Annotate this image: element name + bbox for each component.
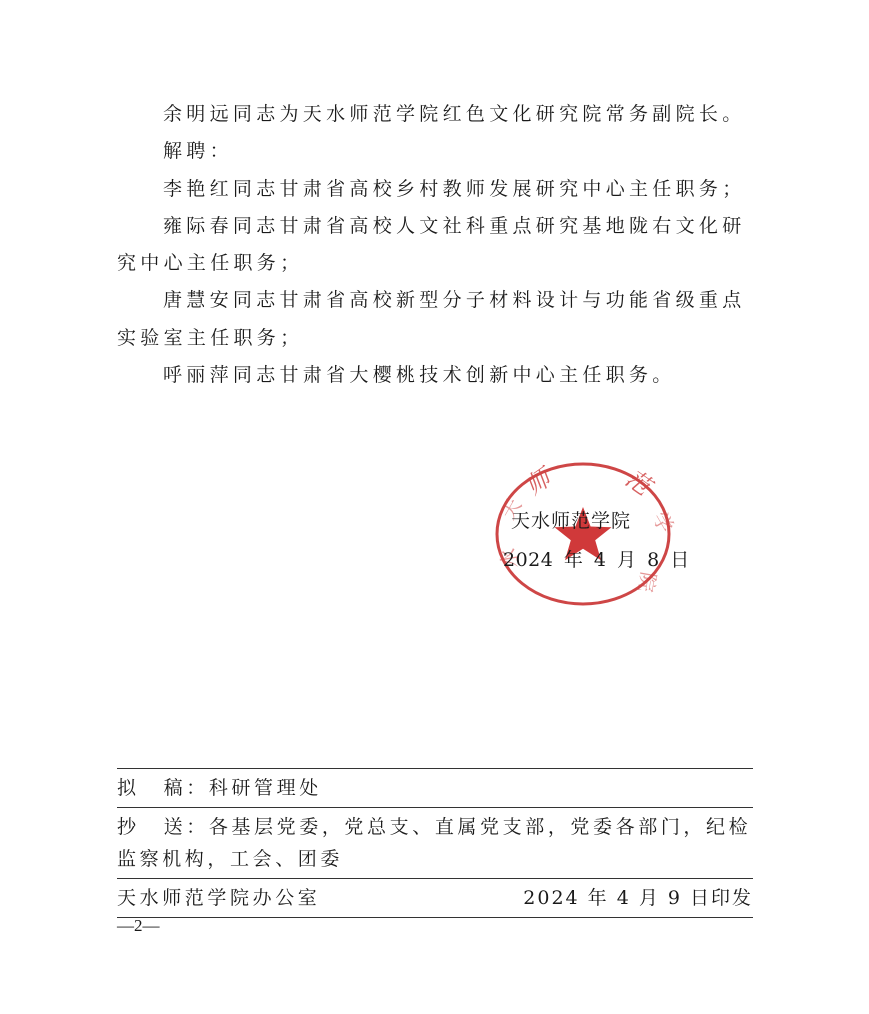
drafted-by-value: 科研管理处 <box>209 777 322 799</box>
svg-text:院: 院 <box>634 570 661 594</box>
svg-text:学: 学 <box>648 508 679 537</box>
paragraph-dismissal-tang: 唐慧安同志甘肃省高校新型分子材料设计与功能省级重点实验室主任职务； <box>117 282 757 357</box>
copy-to-label-2: 送： <box>164 811 209 843</box>
distribution-block: 拟稿：科研管理处 抄送：各基层党委，党总支、直属党支部，党委各部门，纪检监察机构… <box>117 768 753 918</box>
paragraph-appointment-yu: 余明远同志为天水师范学院红色文化研究院常务副院长。 <box>117 96 757 133</box>
paragraph-dismissal-heading: 解聘： <box>117 133 757 170</box>
document-body: 余明远同志为天水师范学院红色文化研究院常务副院长。 解聘： 李艳红同志甘肃省高校… <box>117 96 757 394</box>
official-seal: 师 范 天 学 水 院 <box>490 455 690 615</box>
issuer-row: 天水师范学院办公室 2024 年 4 月 9 日印发 <box>117 879 753 917</box>
drafted-by-label-2: 稿： <box>164 772 209 804</box>
issuer-name: 天水师范学院办公室 <box>117 882 320 914</box>
signature-date: 2024 年 4 月 8 日 <box>503 545 690 572</box>
copy-to-value: 各基层党委，党总支、直属党支部，党委各部门，纪检监察机构，工会、团委 <box>117 816 751 870</box>
drafted-by-label-1: 拟 <box>117 772 140 804</box>
svg-text:师 范: 师 范 <box>520 455 658 502</box>
copy-to-row: 抄送：各基层党委，党总支、直属党支部，党委各部门，纪检监察机构，工会、团委 <box>117 808 753 878</box>
paragraph-dismissal-li: 李艳红同志甘肃省高校乡村教师发展研究中心主任职务； <box>117 171 757 208</box>
issue-date: 2024 年 4 月 9 日印发 <box>523 882 753 914</box>
seal-icon: 师 范 天 学 水 院 <box>490 455 690 615</box>
document-page: 余明远同志为天水师范学院红色文化研究院常务副院长。 解聘： 李艳红同志甘肃省高校… <box>0 0 869 1014</box>
paragraph-dismissal-yong: 雍际春同志甘肃省高校人文社科重点研究基地陇右文化研究中心主任职务； <box>117 208 757 283</box>
divider-bottom <box>117 917 753 918</box>
page-number: —2— <box>117 916 160 936</box>
drafted-by-row: 拟稿：科研管理处 <box>117 769 753 807</box>
paragraph-dismissal-hu: 呼丽萍同志甘肃省大樱桃技术创新中心主任职务。 <box>117 357 757 394</box>
signature-organization: 天水师范学院 <box>511 506 631 533</box>
copy-to-label-1: 抄 <box>117 811 140 843</box>
